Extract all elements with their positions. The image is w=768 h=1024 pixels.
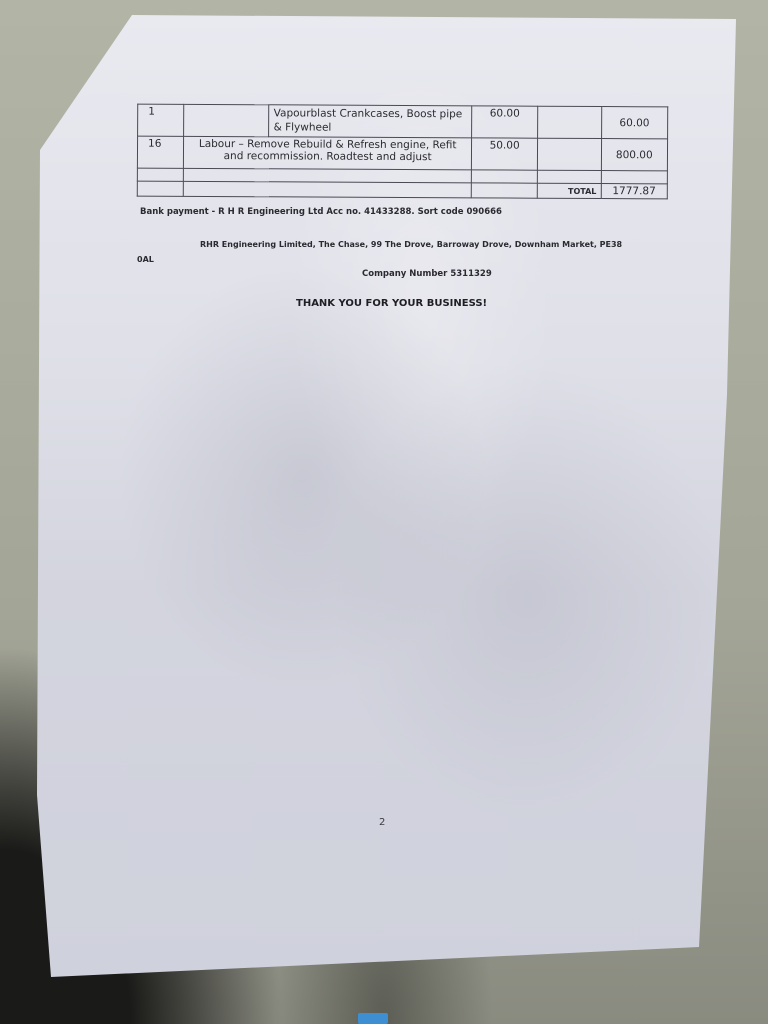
- empty-cell: [601, 171, 667, 184]
- table-row-total: TOTAL 1777.87: [137, 181, 667, 199]
- blue-tape: [358, 1013, 388, 1024]
- description-cell: Vapourblast Crankcases, Boost pipe & Fly…: [269, 105, 472, 138]
- empty-cell: [537, 170, 601, 183]
- table-row: 16 Labour – Remove Rebuild & Refresh eng…: [137, 136, 667, 171]
- empty-cell: [471, 183, 537, 198]
- extra-cell: [537, 106, 601, 138]
- empty-cell: [137, 181, 183, 196]
- qty-cell: 1: [138, 104, 184, 136]
- code-cell: [184, 104, 270, 136]
- company-address-line1: RHR Engineering Limited, The Chase, 99 T…: [200, 240, 622, 249]
- amount-cell: 800.00: [601, 139, 668, 171]
- total-label: TOTAL: [537, 183, 601, 198]
- description-cell: Labour – Remove Rebuild & Refresh engine…: [184, 136, 472, 170]
- company-address-line2: 0AL: [137, 255, 154, 264]
- unit-price-cell: 60.00: [472, 106, 538, 138]
- company-number: Company Number 5311329: [362, 269, 492, 279]
- empty-cell: [137, 168, 183, 181]
- invoice-line-items-table: 1 Vapourblast Crankcases, Boost pipe & F…: [137, 104, 668, 200]
- amount-cell: 60.00: [601, 107, 668, 139]
- total-value: 1777.87: [601, 184, 667, 199]
- bank-payment-details: Bank payment - R H R Engineering Ltd Acc…: [140, 207, 502, 217]
- table-row: 1 Vapourblast Crankcases, Boost pipe & F…: [138, 104, 668, 139]
- qty-cell: 16: [137, 136, 183, 168]
- extra-cell: [537, 138, 601, 170]
- unit-price-cell: 50.00: [472, 138, 538, 170]
- page-number: 2: [379, 817, 385, 828]
- empty-cell: [183, 181, 471, 198]
- empty-cell: [472, 170, 538, 183]
- thank-you-message: THANK YOU FOR YOUR BUSINESS!: [296, 298, 487, 309]
